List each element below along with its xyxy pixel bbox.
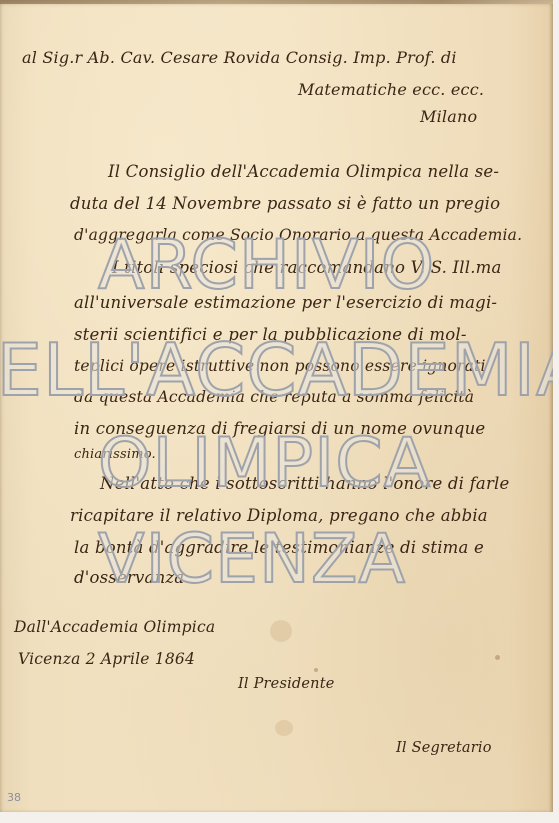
paper-stain [495,655,500,660]
body-line: chiarissimo. [74,447,156,462]
body-line: I titoli speciosi che raccomandano V. S.… [112,258,502,277]
body-line: duta del 14 Novembre passato si è fatto … [70,194,500,213]
signature-president: Il Presidente [238,676,335,692]
body-line: Nell'atto che i sottoscritti hanno l'ono… [100,474,509,493]
body-line: la bontà d'aggradire le testimonianze di… [74,538,484,557]
address-line-city: Milano [420,107,477,126]
paper-stain [314,668,318,672]
closing-place: Dall'Accademia Olimpica [14,618,215,636]
body-line: da questa Accademia che reputa a somma f… [74,388,474,406]
body-line: d'osservanza [74,568,184,587]
body-line: Il Consiglio dell'Accademia Olimpica nel… [108,162,499,181]
paper-stain [270,620,292,642]
body-line: all'universale estimazione per l'eserciz… [74,293,497,312]
address-line-recipient: al Sig.r Ab. Cav. Cesare Rovida Consig. … [22,48,457,67]
signature-secretary: Il Segretario [396,740,492,756]
body-line: in conseguenza di fregiarsi di un nome o… [74,419,485,438]
body-line: teplici opere istruttive non possono ess… [74,357,486,375]
archive-number: 38 [7,791,21,804]
body-line: d'aggregarla come Socio Onorario a quest… [74,226,522,244]
letter-page: al Sig.r Ab. Cav. Cesare Rovida Consig. … [0,0,553,812]
closing-date: Vicenza 2 Aprile 1864 [18,650,195,668]
body-line: ricapitare il relativo Diploma, pregano … [70,506,488,525]
address-line-title: Matematiche ecc. ecc. [298,80,484,99]
body-line: sterii scientifici e per la pubblicazion… [74,325,467,344]
paper-stain [275,720,293,736]
